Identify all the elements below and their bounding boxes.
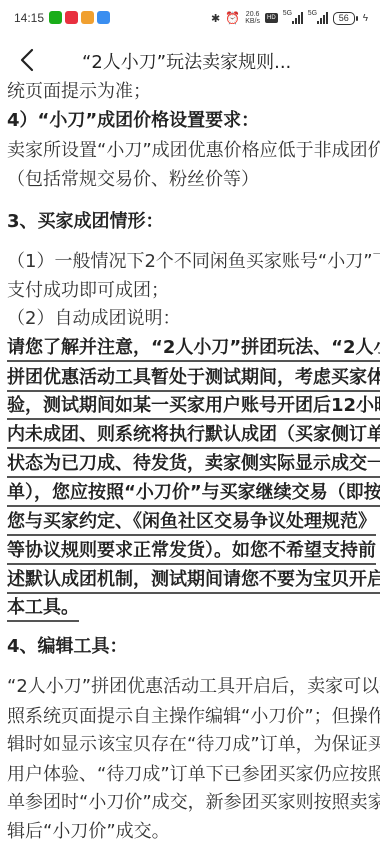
notice-line: 述默认成团机制，测试期间请您不要为宝贝开启 bbox=[7, 568, 380, 594]
notice-line: 请您了解并注意，“2人小刀”拼团玩法、“2人小刀” bbox=[7, 336, 380, 362]
text-line: 辑后“小刀价”成交。 bbox=[7, 820, 170, 844]
text-line: 统页面提示为准； bbox=[7, 80, 151, 104]
signal-icon-2: 5G bbox=[308, 12, 328, 24]
section-heading: 4、编辑工具： bbox=[7, 635, 128, 659]
text-line: 卖家所设置“小刀”成团优惠价格应低于非成团价 bbox=[7, 139, 380, 163]
text-line: “2人小刀”拼团优惠活动工具开启后，卖家可以按 bbox=[7, 675, 380, 699]
notice-line: 验，测试期间如某一买家用户账号开团后12小时 bbox=[7, 394, 380, 420]
text-line: 支付成功即可成团； bbox=[7, 279, 169, 303]
text-line: 用户体验、“待刀成”订单下已参团买家仍应按照下 bbox=[7, 763, 380, 787]
network-speed: 20.6 KB/s bbox=[245, 11, 260, 25]
text-line: （1）一般情况下2个不同闲鱼买家账号“小刀”下单 bbox=[7, 250, 380, 274]
text-line: （包括常规交易价、粉丝价等） bbox=[7, 168, 259, 192]
app-red-icon bbox=[65, 11, 78, 24]
hd-icon: HD bbox=[265, 13, 278, 23]
text-line: 照系统页面提示自主操作编辑“小刀价”；但操作编 bbox=[7, 705, 380, 729]
signal-icon-1: 5G bbox=[283, 12, 303, 24]
battery-icon: 56 bbox=[333, 12, 355, 25]
notice-line: 状态为已刀成、待发货，卖家侧实际显示成交一 bbox=[7, 452, 380, 478]
notice-line: 内未成团、则系统将执行默认成团（买家侧订单 bbox=[7, 423, 380, 449]
chevron-left-icon bbox=[14, 44, 44, 76]
bluetooth-icon: ✱ bbox=[211, 12, 220, 25]
text-line: （2）自动成团说明： bbox=[7, 307, 180, 331]
nav-bar: “2人小刀”玩法卖家规则... bbox=[0, 38, 380, 82]
app-orange-icon bbox=[81, 11, 94, 24]
notice-line: 单），您应按照“小刀价”与买家继续交易（即按照 bbox=[7, 481, 380, 507]
notice-line: 等协议规则要求正常发货）。如您不希望支持前 bbox=[7, 539, 376, 565]
notice-line: 您与买家约定、《闲鱼社区交易争议处理规范》 bbox=[7, 510, 376, 536]
notice-line: 本工具。 bbox=[7, 596, 79, 622]
wechat-icon bbox=[49, 11, 62, 24]
status-right-group: ✱ ⏰ 20.6 KB/s HD 5G 5G 56 ϟ bbox=[211, 9, 368, 27]
text-line: 单参团时“小刀价”成交，新参团买家则按照卖家编 bbox=[7, 791, 380, 815]
notice-line: 拼团优惠活动工具暂处于测试期间，考虑买家体 bbox=[7, 366, 380, 392]
text-line: 辑时如显示该宝贝存在“待刀成”订单，为保证买家 bbox=[7, 733, 380, 757]
page-title: “2人小刀”玩法卖家规则... bbox=[82, 48, 291, 74]
section-heading: 4）“小刀”成团价格设置要求： bbox=[7, 109, 259, 133]
section-heading: 3、买家成团情形： bbox=[7, 210, 164, 234]
back-button[interactable] bbox=[14, 44, 44, 76]
charging-icon: ϟ bbox=[363, 13, 368, 24]
status-time: 14:15 bbox=[14, 11, 44, 25]
alarm-icon: ⏰ bbox=[225, 11, 240, 25]
app-blue-icon bbox=[97, 11, 110, 24]
status-bar: 14:15 ✱ ⏰ 20.6 KB/s HD 5G 5G 56 ϟ bbox=[0, 0, 380, 36]
